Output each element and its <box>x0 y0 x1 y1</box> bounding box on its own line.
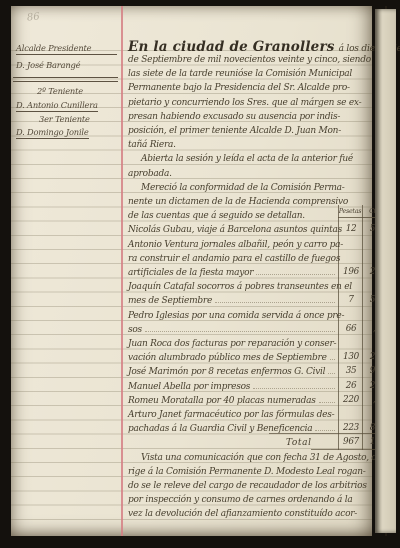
line-text: do se le releve del cargo de recaudador … <box>128 481 367 491</box>
line-text: Permanente bajo la Presidencia del Sr. A… <box>128 83 350 93</box>
body-line: nente un dictamen de la de Hacienda comp… <box>128 193 338 207</box>
leader-line <box>215 302 335 303</box>
amount-pesetas: 130 <box>339 352 363 362</box>
line-text: Total <box>286 438 312 448</box>
amount-pesetas: 223 <box>339 423 363 433</box>
line-text: pachadas á la Guardia Civil y Beneficenc… <box>128 424 312 434</box>
line-text: Joaquín Catafal socorros á pobres transe… <box>128 282 352 292</box>
line-text: aprobada. <box>128 169 172 179</box>
body-line: pietario y concurriendo los Sres. que al… <box>128 94 338 108</box>
body-line: Mereció la conformidad de la Comisión Pe… <box>128 179 338 193</box>
line-text: ra construir el andamio para el castillo… <box>128 254 340 264</box>
line-text: vación alumbrado público mes de Septiemb… <box>128 353 327 363</box>
body-line: Manuel Abella por impresos2625 <box>128 378 338 392</box>
line-text: Manuel Abella por impresos <box>128 382 250 392</box>
line-text: Arturo Janet farmacéutico por las fórmul… <box>128 410 334 420</box>
body-line: de las cuentas que á seguido se detallan… <box>128 207 338 221</box>
body-line: Vista una comunicación que con fecha 31 … <box>128 449 338 463</box>
line-text: artificiales de la fiesta mayor <box>128 268 253 278</box>
leader-line <box>315 430 335 431</box>
line-text: tañá Riera. <box>128 140 176 150</box>
body-line: Abierta la sesión y leída el acta de la … <box>128 150 338 164</box>
body-line: por inspección y consumo de carnes orden… <box>128 491 338 505</box>
margin-name-jose-barange: D. José Barangé <box>16 60 80 70</box>
margin-divider-rule <box>13 77 118 82</box>
body-line: artificiales de la fiesta mayor19625 <box>128 264 338 278</box>
body-line: mes de Septiembre755 <box>128 292 338 306</box>
line-text: Pedro Iglesias por una comida servida á … <box>128 311 344 321</box>
line-text: Vista una comunicación que con fecha 31 … <box>141 453 382 463</box>
body-line: Antonio Ventura jornales albañil, peón y… <box>128 236 338 250</box>
body-line: posición, el primer teniente Alcalde D. … <box>128 122 338 136</box>
amount-pesetas: 967 <box>339 437 363 447</box>
leader-line <box>330 359 335 360</box>
body-line: do se le releve del cargo de recaudador … <box>128 477 338 491</box>
body-line: vación alumbrado público mes de Septiemb… <box>128 349 338 363</box>
line-text: de Septiembre de mil novecientos veinte … <box>128 55 371 65</box>
amount-pesetas: 35 <box>339 366 363 376</box>
line-text: José Marimón por 8 recetas enfermos G. C… <box>128 367 325 377</box>
line-text: las siete de la tarde reunióse la Comisi… <box>128 69 352 79</box>
body-line: aprobada. <box>128 165 338 179</box>
line-text: de las cuentas que á seguido se detallan… <box>128 211 305 221</box>
amount-pesetas: 196 <box>339 267 363 277</box>
total-row: Total96718 <box>128 434 338 448</box>
line-text: Juan Roca dos facturas por reparación y … <box>128 339 336 349</box>
ledger-page: 86 Alcalde Presidente D. José Barangé 2º… <box>11 6 372 536</box>
line-text: Abierta la sesión y leída el acta de la … <box>141 154 353 164</box>
body-line: José Marimón por 8 recetas enfermos G. C… <box>128 363 338 377</box>
line-text: vez la devolución del afianzamiento cons… <box>128 509 357 519</box>
line-text: Nicolás Gubau, viaje á Barcelona asuntos… <box>128 225 342 235</box>
next-page-edge <box>375 9 396 533</box>
margin-name-antonio-cunillera: D. Antonio Cunillera <box>16 100 98 112</box>
margin-role-alcalde-presidente: Alcalde Presidente <box>16 43 117 55</box>
body-line: Juan Roca dos facturas por reparación y … <box>128 335 338 349</box>
leader-line <box>253 388 335 389</box>
line-text: presan habiendo excusado su ausencia por… <box>128 112 340 122</box>
body-line: vez la devolución del afianzamiento cons… <box>128 505 338 519</box>
body-line: presan habiendo excusado su ausencia por… <box>128 108 338 122</box>
header-pesetas: Pesetas <box>338 206 362 218</box>
leader-line <box>328 373 335 374</box>
body-line: rige á la Comisión Permanente D. Modesto… <box>128 463 338 477</box>
body-line: Arturo Janet farmacéutico por las fórmul… <box>128 406 338 420</box>
body-line: Pedro Iglesias por una comida servida á … <box>128 307 338 321</box>
amount-pesetas: 26 <box>339 381 363 391</box>
margin-role-tercer-teniente: 3er Teniente <box>39 114 90 124</box>
photo-frame: 86 Alcalde Presidente D. José Barangé 2º… <box>0 0 400 548</box>
amount-pesetas: 12 <box>339 224 363 234</box>
line-text: pietario y concurriendo los Sres. que al… <box>128 98 361 108</box>
body-line: Nicolás Gubau, viaje á Barcelona asuntos… <box>128 221 338 235</box>
amount-pesetas: 220 <box>339 395 363 405</box>
amount-pesetas: 66 <box>339 324 363 334</box>
line-text: Romeu Moratalla por 40 placas numeradas <box>128 396 316 406</box>
margin-name-domingo: D. Domingo Jonile <box>16 127 89 139</box>
body-line: pachadas á la Guardia Civil y Beneficenc… <box>128 420 338 434</box>
body-line: de Septiembre de mil novecientos veinte … <box>128 51 338 65</box>
line-text: sos <box>128 325 142 335</box>
body-line: sos66„ <box>128 321 338 335</box>
line-text: posición, el primer teniente Alcalde D. … <box>128 126 341 136</box>
line-text: Mereció la conformidad de la Comisión Pe… <box>141 183 345 193</box>
red-margin-rule <box>121 6 123 536</box>
line-text: Antonio Ventura jornales albañil, peón y… <box>128 240 343 250</box>
line-text: rige á la Comisión Permanente D. Modesto… <box>128 467 366 477</box>
body-line: Permanente bajo la Presidencia del Sr. A… <box>128 79 338 93</box>
line-text: nente un dictamen de la de Hacienda comp… <box>128 197 348 207</box>
line-text: mes de Septiembre <box>128 296 212 306</box>
leader-line <box>319 402 335 403</box>
margin-role-segundo-teniente: 2º Teniente <box>37 86 83 96</box>
leader-line <box>256 274 335 275</box>
body-line: ra construir el andamio para el castillo… <box>128 250 338 264</box>
pencil-page-number: 86 <box>26 11 40 23</box>
body-line: Joaquín Catafal socorros á pobres transe… <box>128 278 338 292</box>
body-line: las siete de la tarde reunióse la Comisi… <box>128 65 338 79</box>
amount-pesetas: 7 <box>339 295 363 305</box>
body-line: Romeu Moratalla por 40 placas numeradas2… <box>128 392 338 406</box>
body-line: tañá Riera. <box>128 136 338 150</box>
line-text: por inspección y consumo de carnes orden… <box>128 495 352 505</box>
leader-line <box>145 331 335 332</box>
